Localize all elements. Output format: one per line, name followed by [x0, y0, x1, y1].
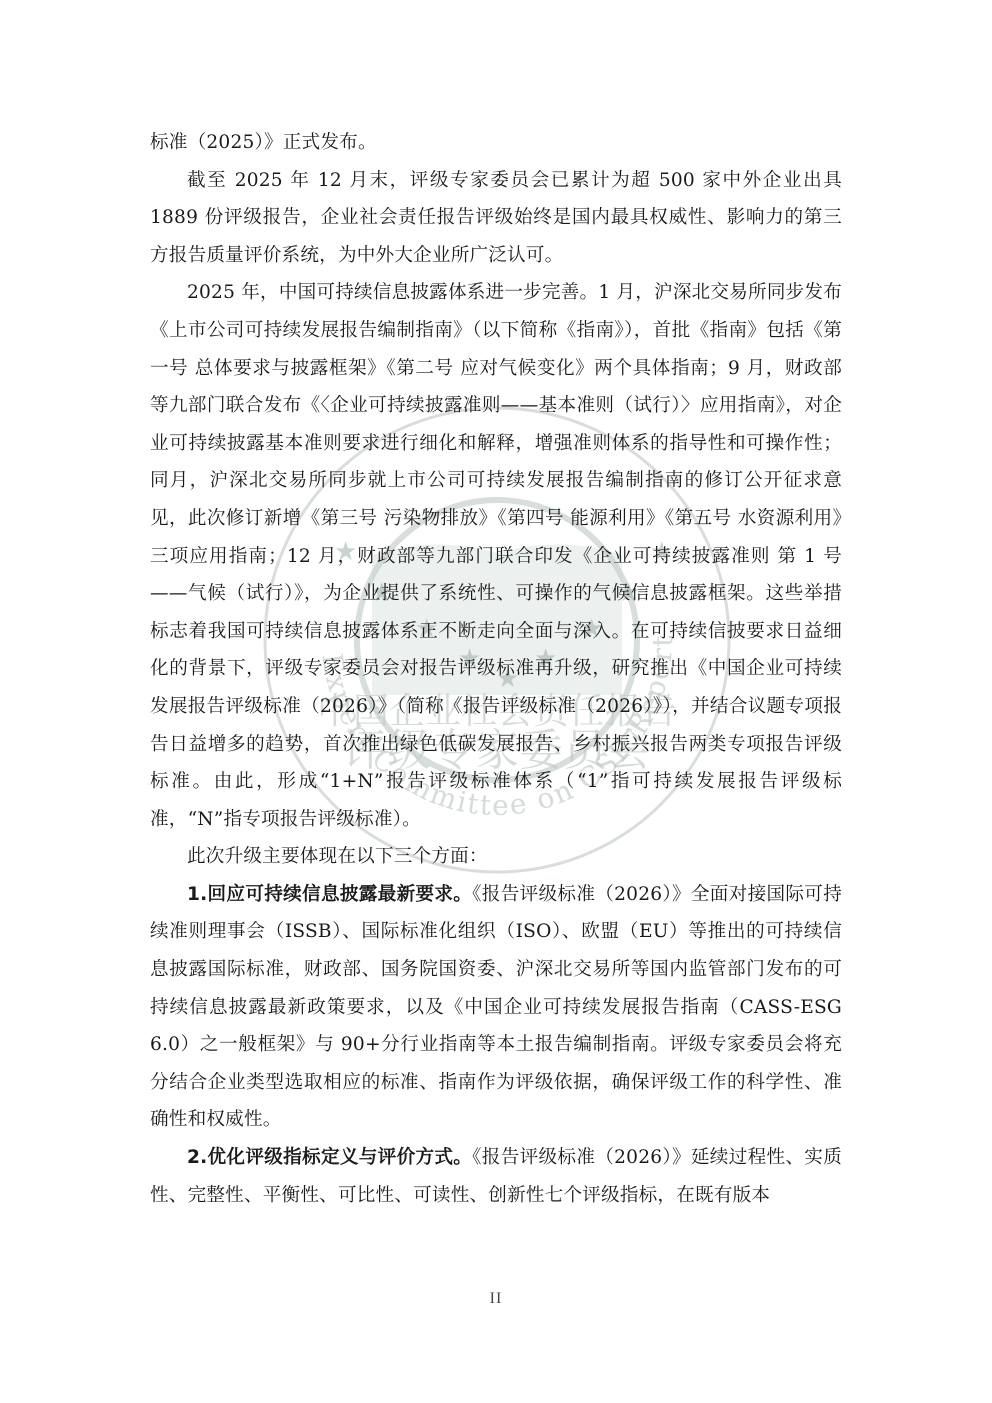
section-heading: 1.回应可持续信息披露最新要求。: [187, 884, 472, 905]
paragraph-2: 截至 2025 年 12 月末，评级专家委员会已累计为超 500 家中外企业出具…: [150, 162, 842, 275]
paragraph-1: 标准（2025）》正式发布。: [150, 124, 842, 162]
document-body: 标准（2025）》正式发布。 截至 2025 年 12 月末，评级专家委员会已累…: [150, 124, 842, 1214]
paragraph-text: 2025 年，中国可持续信息披露体系进一步完善。1 月，沪深北交易所同步发布《上…: [150, 282, 842, 829]
paragraph-3: 2025 年，中国可持续信息披露体系进一步完善。1 月，沪深北交易所同步发布《上…: [150, 274, 842, 838]
paragraph-5-section-1: 1.回应可持续信息披露最新要求。《报告评级标准（2026）》全面对接国际可持续准…: [150, 876, 842, 1139]
paragraph-text: 此次升级主要体现在以下三个方面：: [187, 846, 488, 867]
section-heading: 2.优化评级指标定义与评价方式。: [187, 1147, 472, 1168]
paragraph-text: 标准（2025）》正式发布。: [150, 132, 377, 153]
paragraph-text: 截至 2025 年 12 月末，评级专家委员会已累计为超 500 家中外企业出具…: [150, 170, 842, 266]
paragraph-6-section-2: 2.优化评级指标定义与评价方式。《报告评级标准（2026）》延续过程性、实质性、…: [150, 1139, 842, 1214]
paragraph-text: 《报告评级标准（2026）》全面对接国际可持续准则理事会（ISSB）、国际标准化…: [150, 884, 842, 1131]
paragraph-4: 此次升级主要体现在以下三个方面：: [150, 838, 842, 876]
page-number: II: [0, 1290, 992, 1308]
